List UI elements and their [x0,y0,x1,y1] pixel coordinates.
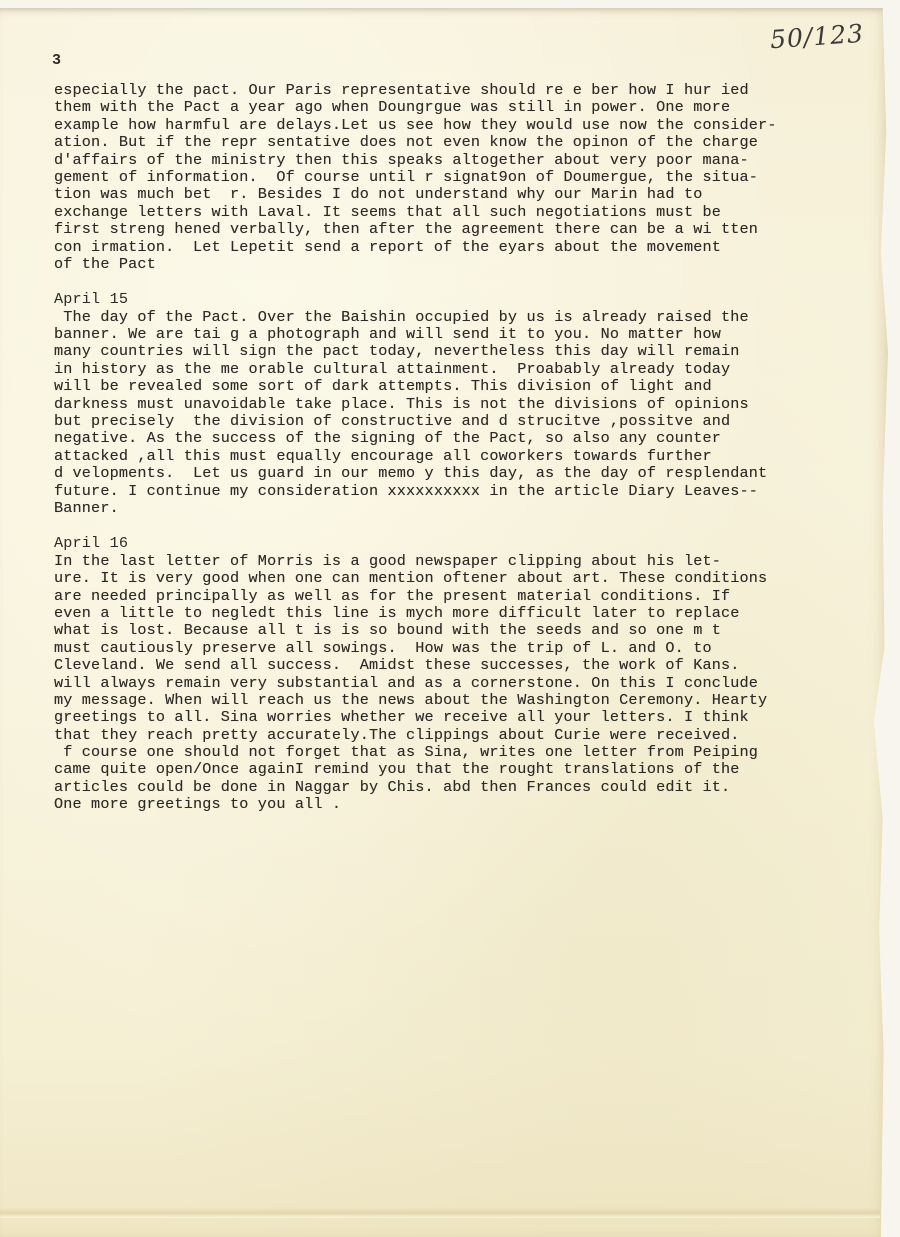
text-line: greetings to all. Sina worries whether w… [54,709,884,726]
text-line: what is lost. Because all t is is so bou… [54,622,884,639]
text-line: many countries will sign the pact today,… [54,343,884,360]
text-line: d velopments. Let us guard in our memo y… [54,465,884,482]
text-line: that they reach pretty accurately.The cl… [54,727,884,744]
text-line: The day of the Pact. Over the Baishin oc… [54,309,884,326]
text-line: came quite open/Once againI remind you t… [54,761,884,778]
text-line: articles could be done in Naggar by Chis… [54,779,884,796]
text-line: will always remain very substantial and … [54,675,884,692]
text-line: especially the pact. Our Paris represent… [54,82,884,99]
text-line: but precisely the division of constructi… [54,413,884,430]
text-line: future. I continue my consideration xxxx… [54,483,884,500]
text-line: darkness must unavoidable take place. Th… [54,396,884,413]
text-line: in history as the me orable cultural att… [54,361,884,378]
text-line: ure. It is very good when one can mentio… [54,570,884,587]
text-line: them with the Pact a year ago when Doung… [54,99,884,116]
paragraph-gap [54,517,884,535]
text-line: ation. But if the repr sentative does no… [54,134,884,151]
text-line: even a little to negledt this line is my… [54,605,884,622]
text-line: attacked ,all this must equally encourag… [54,448,884,465]
text-line: One more greetings to you all . [54,796,884,813]
text-line: con irmation. Let Lepetit send a report … [54,239,884,256]
continuation-paragraph: especially the pact. Our Paris represent… [54,82,884,273]
text-line: tion was much bet r. Besides I do not un… [54,186,884,203]
text-line: exchange letters with Laval. It seems th… [54,204,884,221]
paper-crease [0,1208,880,1218]
diary-entry-april-16: April 16 In the last letter of Morris is… [54,535,884,813]
text-line: will be revealed some sort of dark attem… [54,378,884,395]
text-line: must cautiously preserve all sowings. Ho… [54,640,884,657]
text-line: banner. We are tai g a photograph and wi… [54,326,884,343]
text-line: gement of information. Of course until r… [54,169,884,186]
text-line: Banner. [54,500,884,517]
entry-date: April 15 [54,291,884,308]
typescript-body: especially the pact. Our Paris represent… [54,82,884,814]
text-line: negative. As the success of the signing … [54,430,884,447]
text-line: first streng hened verbally, then after … [54,221,884,238]
paragraph-gap [54,273,884,291]
diary-entry-april-15: April 15 The day of the Pact. Over the B… [54,291,884,517]
text-line: of the Pact [54,256,884,273]
text-line: In the last letter of Morris is a good n… [54,553,884,570]
text-line: d'affairs of the ministry then this spea… [54,152,884,169]
page-number: 3 [52,52,61,69]
text-line: my message. When will reach us the news … [54,692,884,709]
text-line: Cleveland. We send all success. Amidst t… [54,657,884,674]
text-line: are needed principally as well as for th… [54,588,884,605]
entry-date: April 16 [54,535,884,552]
text-line: f course one should not forget that as S… [54,744,884,761]
text-line: example how harmful are delays.Let us se… [54,117,884,134]
